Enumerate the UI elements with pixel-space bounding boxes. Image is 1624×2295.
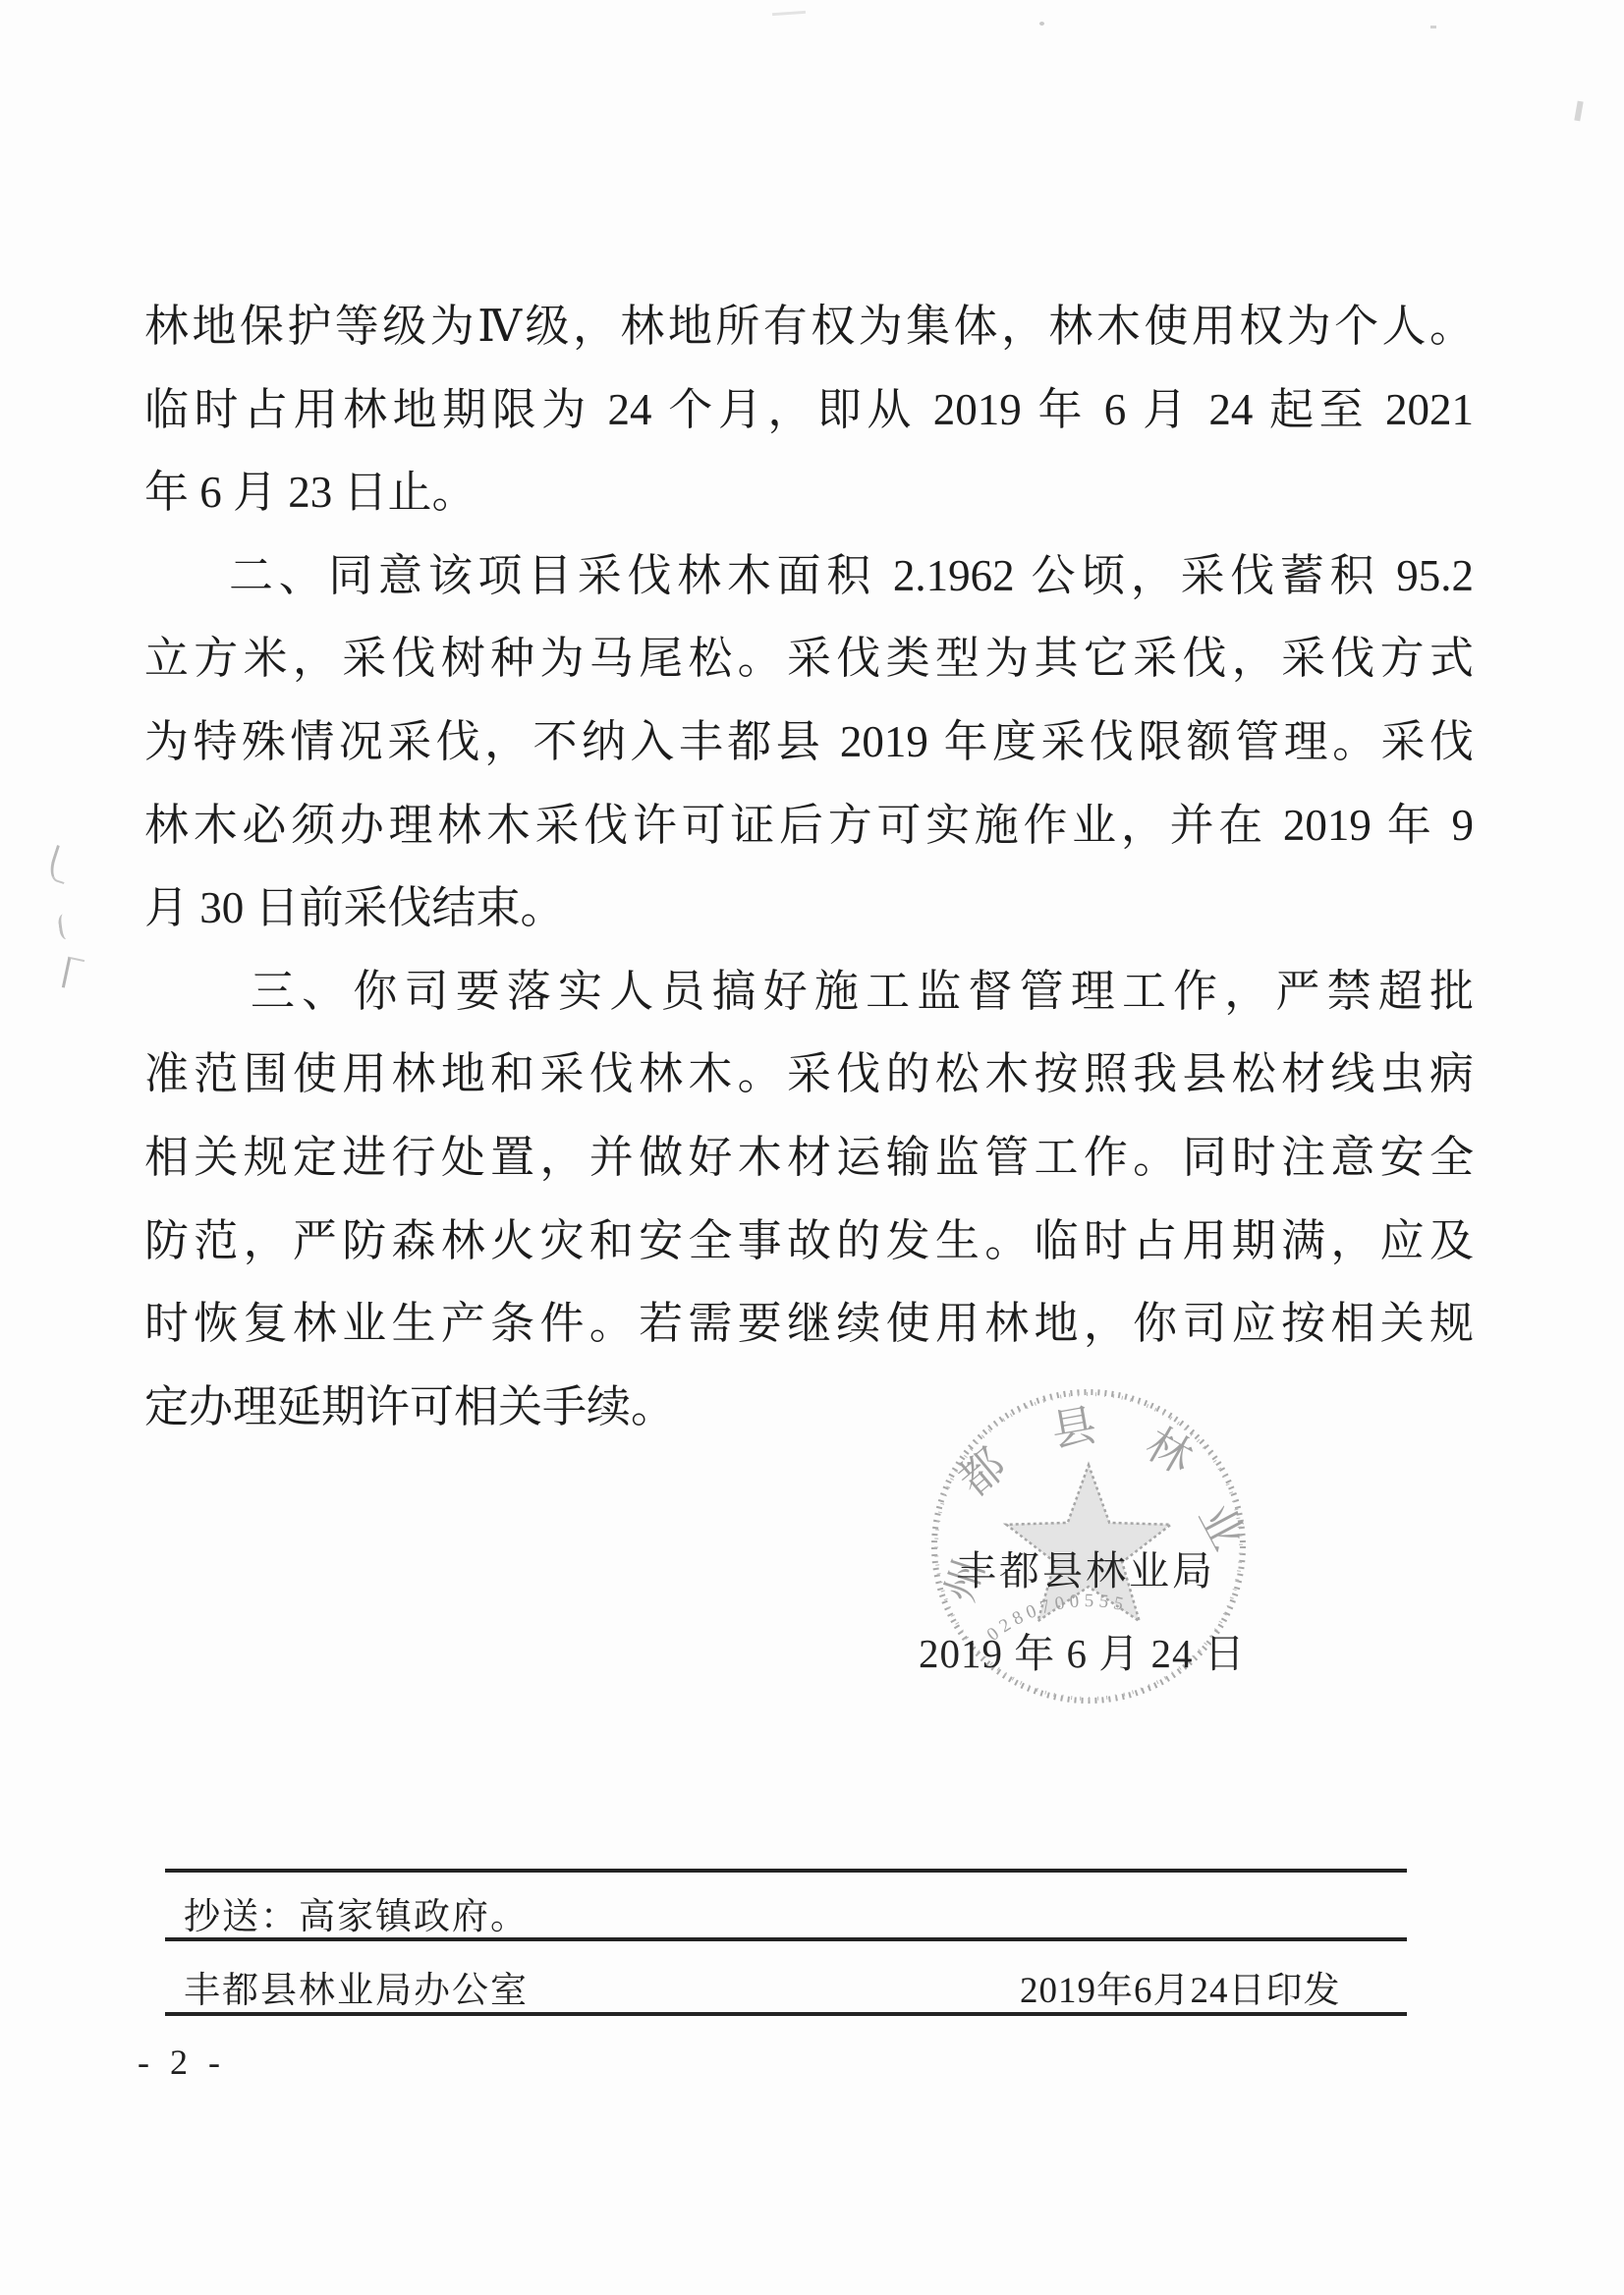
- scan-artifact: [1574, 101, 1583, 122]
- scan-artifact: [1430, 26, 1436, 28]
- body-line: 三、你司要落实人员搞好施工监督管理工作，严禁超批: [144, 950, 1474, 1034]
- footer-divider-middle: [165, 1937, 1407, 1941]
- scanned-document-page: { "document": { "body_lines": [ "林地保护等级为…: [0, 0, 1624, 2295]
- body-line: 二、同意该项目采伐林木面积 2.1962 公顷，采伐蓄积 95.2: [144, 534, 1474, 618]
- signature-date: 2019 年 6 月 24 日: [919, 1621, 1246, 1679]
- scan-artifact: [46, 845, 75, 884]
- footer-divider-top: [165, 1869, 1407, 1873]
- scan-artifact: [62, 957, 84, 991]
- signature-organization: 丰都县林业局: [956, 1539, 1215, 1596]
- scan-artifact: [57, 913, 75, 940]
- body-line: 时恢复林业生产条件。若需要继续使用林地，你司应按相关规: [144, 1282, 1474, 1366]
- body-line: 林地保护等级为Ⅳ级，林地所有权为集体，林木使用权为个人。: [144, 285, 1474, 368]
- seal-ring-char: 县: [1047, 1400, 1099, 1456]
- body-line: 月 30 日前采伐结束。: [144, 867, 1474, 950]
- body-line: 准范围使用林地和采伐林木。采伐的松木按照我县松材线虫病: [144, 1033, 1474, 1116]
- footer-divider-bottom: [165, 2012, 1407, 2016]
- body-line: 相关规定进行处置，并做好木材运输监管工作。同时注意安全: [144, 1116, 1474, 1200]
- body-line: 为特殊情况采伐，不纳入丰都县 2019 年度采伐限额管理。采伐: [144, 700, 1474, 784]
- print-date: 2019年6月24日印发: [1020, 1960, 1341, 2013]
- page-number: - 2 -: [138, 2042, 226, 2083]
- cc-line: 抄送：高家镇政府。: [184, 1886, 529, 1939]
- body-line: 林木必须办理林木采伐许可证后方可实施作业，并在 2019 年 9: [144, 784, 1474, 868]
- body-line: 临时占用林地期限为 24 个月，即从 2019 年 6 月 24 起至 2021: [144, 368, 1474, 452]
- body-line: 防范，严防森林火灾和安全事故的发生。临时占用期满，应及: [144, 1200, 1474, 1283]
- issuing-office: 丰都县林业局办公室: [184, 1960, 529, 2013]
- seal-ring-char: 林: [1138, 1419, 1201, 1483]
- seal-ring-char: 都: [950, 1439, 1016, 1505]
- scan-artifact: [1039, 22, 1044, 26]
- scan-artifact: [772, 11, 806, 16]
- body-line: 立方米，采伐树种为马尾松。采伐类型为其它采伐，采伐方式: [144, 617, 1474, 700]
- document-body: 林地保护等级为Ⅳ级，林地所有权为集体，林木使用权为个人。临时占用林地期限为 24…: [144, 285, 1474, 1448]
- body-line: 定办理延期许可相关手续。: [144, 1366, 1474, 1449]
- body-line: 年 6 月 23 日止。: [144, 451, 1474, 534]
